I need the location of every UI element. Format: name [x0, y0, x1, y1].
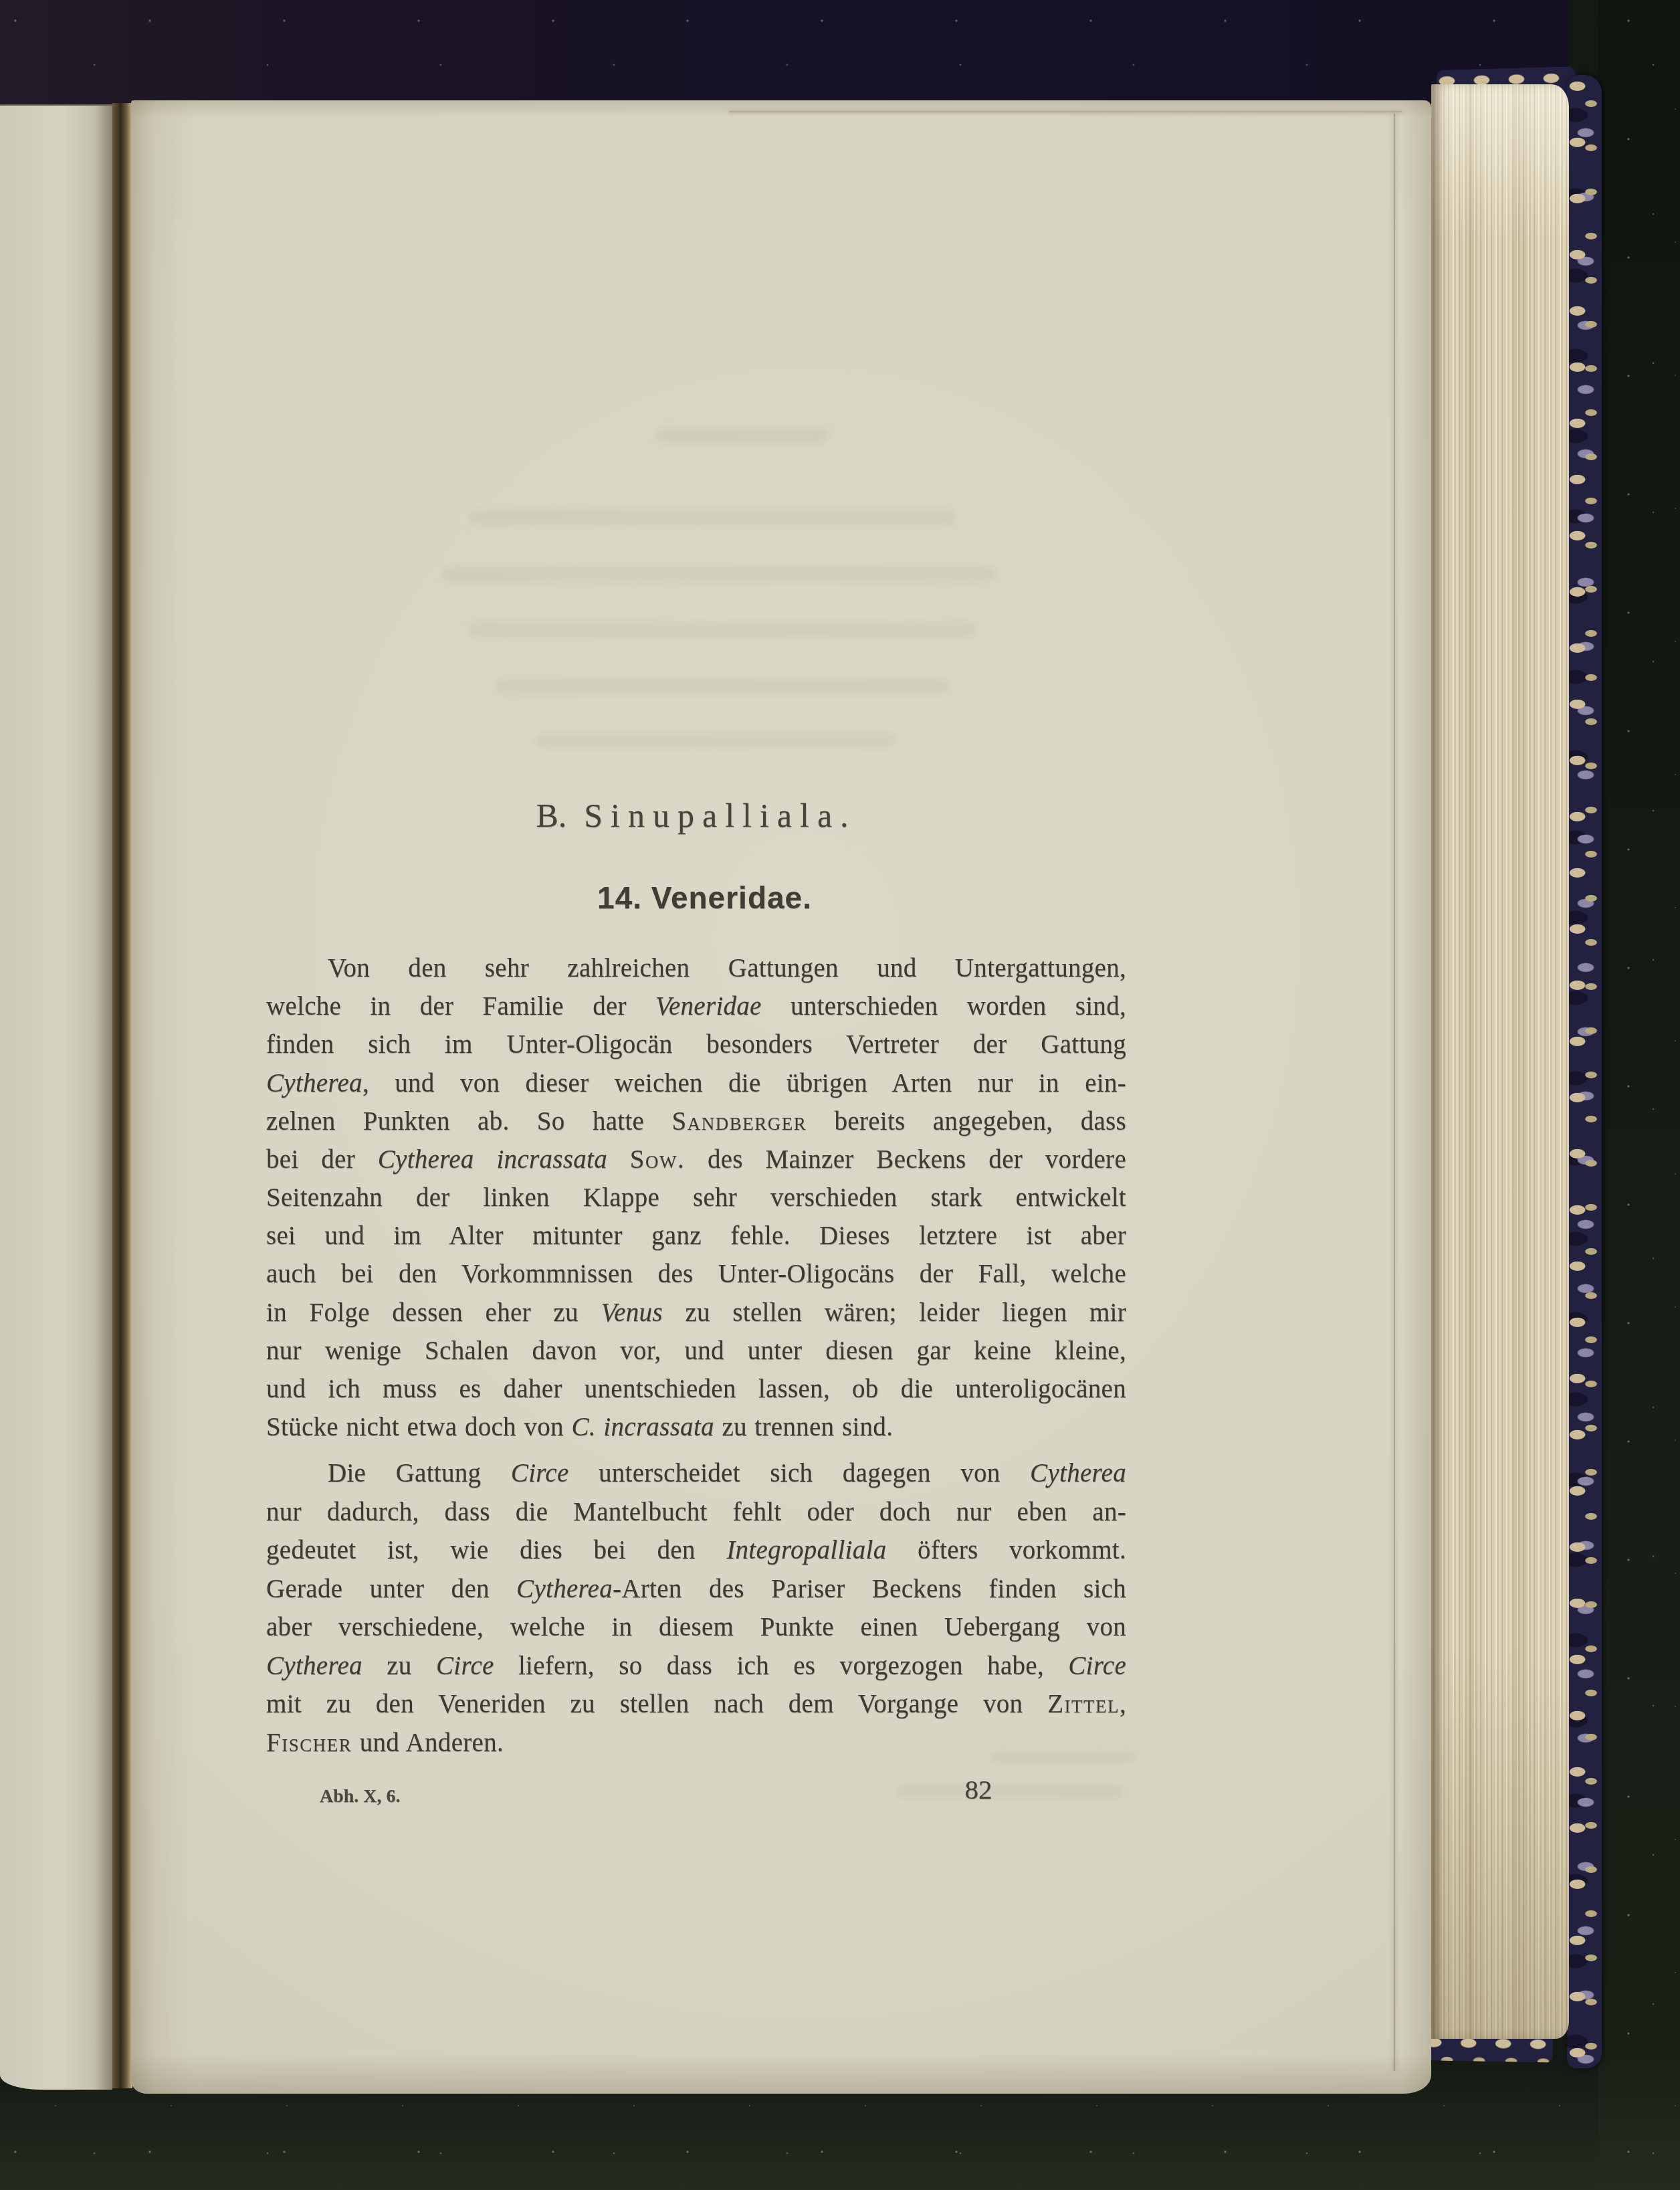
text-segment: zu trennen sind.: [714, 1413, 893, 1441]
text-line: Cytherea, und von dieser weichen die übr…: [266, 1067, 1126, 1100]
page-number: 82: [938, 1773, 1019, 1805]
text-segment: unterschieden worden sind,: [762, 992, 1126, 1021]
text-line: Cytherea zu Circe liefern, so dass ich e…: [266, 1650, 1126, 1683]
text-line: welche in der Familie der Veneridae unte…: [266, 990, 1126, 1023]
text-line: bei der Cytherea incrassata Sow. des Mai…: [266, 1143, 1126, 1177]
page-stack-fore-edge: [1431, 84, 1569, 2039]
text-segment: Sow.: [630, 1145, 685, 1174]
text-segment: finden sich im Unter-Oligocän besonders …: [266, 1030, 1126, 1059]
text-segment: liefern, so dass ich es vorgezogen habe,: [494, 1652, 1069, 1680]
text-segment: unterscheidet sich dagegen von: [569, 1459, 1031, 1488]
text-segment: Cytherea: [266, 1652, 362, 1680]
text-segment: zu stellen wären; leider liegen mir: [663, 1298, 1126, 1327]
text-line: Stücke nicht etwa doch von C. incrassata…: [266, 1411, 1126, 1444]
text-segment: Cytherea: [516, 1575, 613, 1603]
text-segment: Venus: [601, 1298, 663, 1327]
showthrough-smudge: [655, 428, 829, 443]
text-line: Gerade unter den Cytherea-Arten des Pari…: [266, 1573, 1126, 1606]
text-segment: Stücke nicht etwa doch von: [266, 1413, 571, 1441]
text-segment: C. incrassata: [571, 1413, 714, 1441]
text-segment: Seitenzahn der linken Klappe sehr versch…: [266, 1183, 1126, 1212]
text-line: Fischer und Anderen.: [266, 1726, 1126, 1760]
text-segment: mit zu den Veneriden zu stellen nach dem…: [266, 1690, 1047, 1718]
book-gutter: [112, 103, 132, 2088]
text-segment: in Folge dessen eher zu: [266, 1298, 601, 1327]
showthrough-smudge: [468, 622, 976, 638]
text-segment: aber verschiedene, welche in diesem Punk…: [266, 1613, 1126, 1641]
text-line: finden sich im Unter-Oligocän besonders …: [266, 1028, 1126, 1062]
text-segment: und Anderen.: [352, 1728, 504, 1757]
text-line: auch bei den Vorkommnissen des Unter-Oli…: [266, 1258, 1126, 1291]
facing-page-edge: [0, 104, 112, 2090]
marbled-board-edge: [1567, 75, 1602, 2068]
page-crease-vertical: [1394, 114, 1395, 2071]
text-segment: nur dadurch, dass die Mantelbucht fehlt …: [266, 1498, 1126, 1526]
text-segment: Fischer: [266, 1728, 352, 1757]
text-line: mit zu den Veneriden zu stellen nach dem…: [266, 1688, 1126, 1721]
text-segment: Cytherea incrassata: [378, 1145, 607, 1174]
text-segment: Zittel: [1047, 1690, 1120, 1718]
text-segment: Cytherea: [1030, 1459, 1126, 1488]
text-line: in Folge dessen eher zu Venus zu stellen…: [266, 1296, 1126, 1330]
text-line: nur dadurch, dass die Mantelbucht fehlt …: [266, 1496, 1126, 1529]
text-segment: Von den sehr zahlreichen Gattungen und U…: [328, 954, 1126, 983]
section-heading: B.Sinupalliala.: [266, 796, 1126, 835]
text-line: Die Gattung Circe unterscheidet sich dag…: [266, 1457, 1126, 1490]
text-segment: zelnen Punkten ab. So hatte: [266, 1107, 672, 1136]
showthrough-smudge: [495, 678, 950, 694]
text-line: gedeutet ist, wie dies bei den Integropa…: [266, 1534, 1126, 1567]
text-segment: [607, 1145, 630, 1174]
text-segment: welche in der Familie der: [266, 992, 655, 1021]
text-segment: Die Gattung: [328, 1459, 511, 1488]
section-heading-word: Sinupalliala.: [584, 797, 856, 834]
text-segment: -Arten des Pariser Beckens finden sich: [613, 1575, 1126, 1603]
text-line: aber verschiedene, welche in diesem Punk…: [266, 1611, 1126, 1644]
book-scan-photo: { "document": { "section_heading": { "pr…: [0, 0, 1680, 2190]
text-line: und ich muss es daher unentschieden lass…: [266, 1373, 1126, 1406]
text-segment: sei und im Alter mitunter ganz fehle. Di…: [266, 1221, 1126, 1250]
text-segment: bereits angegeben, dass: [807, 1107, 1126, 1136]
text-line: sei und im Alter mitunter ganz fehle. Di…: [266, 1219, 1126, 1253]
text-segment: Circe: [511, 1459, 569, 1488]
text-segment: Circe: [1068, 1652, 1126, 1680]
text-segment: nur wenige Schalen davon vor, und unter …: [266, 1336, 1126, 1365]
showthrough-smudge: [468, 510, 956, 526]
text-line: Von den sehr zahlreichen Gattungen und U…: [266, 952, 1126, 985]
text-segment: zu: [362, 1652, 436, 1680]
text-segment: auch bei den Vorkommnissen des Unter-Oli…: [266, 1260, 1126, 1288]
text-segment: und ich muss es daher unentschieden lass…: [266, 1375, 1126, 1403]
text-segment: ,: [1120, 1690, 1126, 1718]
showthrough-smudge: [535, 733, 896, 748]
text-segment: Veneridae: [655, 992, 762, 1021]
text-segment: gedeutet ist, wie dies bei den: [266, 1536, 726, 1565]
showthrough-smudge: [441, 566, 996, 582]
text-segment: Sandberger: [672, 1107, 807, 1136]
text-segment: bei der: [266, 1145, 378, 1174]
text-segment: , und von dieser weichen die übrigen Art…: [362, 1069, 1126, 1098]
text-segment: Gerade unter den: [266, 1575, 516, 1603]
section-heading-prefix: B.: [536, 797, 566, 834]
page-crease-horizontal: [729, 111, 1402, 112]
family-heading: 14. Veneridae.: [266, 880, 1126, 916]
text-segment: Cytherea: [266, 1069, 362, 1098]
text-segment: des Mainzer Beckens der vordere: [685, 1145, 1126, 1174]
text-line: nur wenige Schalen davon vor, und unter …: [266, 1334, 1126, 1368]
text-line: Seitenzahn der linken Klappe sehr versch…: [266, 1181, 1126, 1215]
signature-mark: Abh. X, 6.: [320, 1786, 401, 1807]
text-segment: Integropalliala: [726, 1536, 886, 1565]
text-line: zelnen Punkten ab. So hatte Sandberger b…: [266, 1105, 1126, 1138]
text-segment: öfters vorkommt.: [886, 1536, 1126, 1565]
text-segment: Circe: [436, 1652, 494, 1680]
